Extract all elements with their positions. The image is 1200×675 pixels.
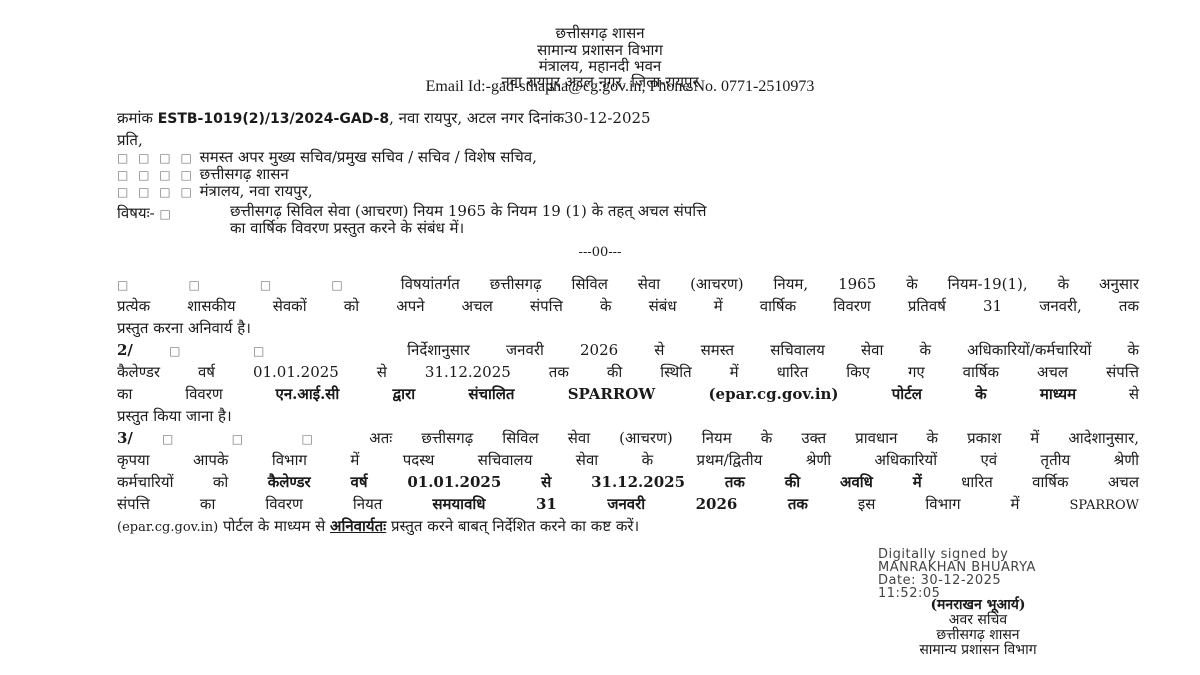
signatory-designation: अवर सचिव bbox=[848, 613, 1108, 628]
addressee-line: छत्तीसगढ़ शासन bbox=[200, 165, 289, 183]
placeholder-boxes: □ □ bbox=[169, 344, 299, 358]
para3-text: संपत्ति का विवरण नियत bbox=[117, 495, 382, 513]
para3-portal-url: (epar.cg.gov.in) bbox=[117, 520, 218, 535]
para1-text: विषयांतर्गत छत्तीसगढ़ सिविल सेवा (आचरण) … bbox=[401, 275, 1139, 293]
signatory-department: सामान्य प्रशासन विभाग bbox=[848, 643, 1108, 658]
para3-number: 3/ bbox=[117, 429, 133, 447]
signatory-name: (मनराखन भूआर्य) bbox=[848, 598, 1108, 613]
para1-line-3: प्रस्तुत करना अनिवार्य है। bbox=[117, 317, 1139, 339]
para3-deadline-emphasis: समयावधि 31 जनवरी 2026 तक bbox=[432, 495, 808, 513]
reference-line: क्रमांक ESTB-1019(2)/13/2024-GAD-8, नवा … bbox=[117, 108, 651, 128]
para3-line-5: (epar.cg.gov.in) पोर्टल के माध्यम से अनि… bbox=[117, 515, 1139, 539]
para2-text: निर्देशानुसार जनवरी 2026 से समस्त सचिवाल… bbox=[407, 341, 1139, 359]
para3-period-emphasis: कैलेण्डर वर्ष 01.01.2025 से 31.12.2025 त… bbox=[268, 473, 922, 491]
placeholder-boxes: □ □ □ □ bbox=[117, 185, 195, 199]
para3-line-2: कृपया आपके विभाग में पदस्थ सचिवालय सेवा … bbox=[117, 449, 1139, 471]
letterhead-building: मंत्रालय, महानदी भवन bbox=[0, 58, 1200, 74]
subject-label: विषयः- bbox=[117, 204, 155, 222]
letterhead-govt: छत्तीसगढ़ शासन bbox=[0, 25, 1200, 41]
para1-line-1: □ □ □ □ विषयांतर्गत छत्तीसगढ़ सिविल सेवा… bbox=[117, 273, 1139, 296]
placeholder-boxes: □ □ □ □ bbox=[117, 278, 371, 292]
signatory-govt: छत्तीसगढ़ शासन bbox=[848, 628, 1108, 643]
para3-line-4: संपत्ति का विवरण नियत समयावधि 31 जनवरी 2… bbox=[117, 493, 1139, 517]
para2-line-1: 2/ □ □ निर्देशानुसार जनवरी 2026 से समस्त… bbox=[117, 339, 1139, 362]
para3-text: धारित वार्षिक अचल bbox=[961, 473, 1139, 491]
placeholder-boxes: □ □ □ □ bbox=[117, 151, 195, 165]
reference-label: क्रमांक bbox=[117, 109, 153, 127]
subject-text: छत्तीसगढ़ सिविल सेवा (आचरण) नियम 1965 के… bbox=[230, 203, 707, 237]
para2-number: 2/ bbox=[117, 341, 133, 359]
para3-text: इस विभाग में bbox=[858, 495, 1020, 513]
separator: ---00--- bbox=[0, 245, 1200, 260]
addressee-prati: प्रति, bbox=[117, 130, 143, 150]
reference-place-date: , नवा रायपुर, अटल नगर दिनांक30-12-2025 bbox=[389, 109, 650, 127]
letterhead-contact: Email Id:-gad-sthapna@cg.gov.in, Phone N… bbox=[20, 79, 1200, 95]
para3-line-3: कर्मचारियों को कैलेण्डर वर्ष 01.01.2025 … bbox=[117, 471, 1139, 493]
addressee-line: मंत्रालय, नवा रायपुर, bbox=[200, 182, 313, 200]
signatory-block: (मनराखन भूआर्य) अवर सचिव छत्तीसगढ़ शासन … bbox=[848, 598, 1108, 658]
subject-line-1: छत्तीसगढ़ सिविल सेवा (आचरण) नियम 1965 के… bbox=[230, 203, 707, 220]
para2-line-2: कैलेण्डर वर्ष 01.01.2025 से 31.12.2025 त… bbox=[117, 361, 1139, 383]
para2-line-4: प्रस्तुत किया जाना है। bbox=[117, 405, 1139, 427]
para3-text: प्रस्तुत करने बाबत् निर्देशित करने का कष… bbox=[391, 517, 639, 535]
placeholder-boxes: □ □ □ □ bbox=[117, 168, 195, 182]
para3-mandatory-emphasis: अनिवार्यतः bbox=[330, 517, 386, 535]
addressee-block: □ □ □ □ समस्त अपर मुख्य सचिव/प्रमुख सचिव… bbox=[117, 149, 537, 200]
para3-line-1: 3/ □ □ □ अतः छत्तीसगढ़ सिविल सेवा (आचरण)… bbox=[117, 427, 1139, 450]
placeholder-boxes: □ □ □ bbox=[162, 432, 340, 446]
para3-text: कर्मचारियों को bbox=[117, 473, 228, 491]
para2-line-3: का विवरण एन.आई.सी द्वारा संचालित SPARROW… bbox=[117, 383, 1139, 405]
digital-signature-stamp: Digitally signed by MANRAKHAN BHUARYA Da… bbox=[878, 548, 1036, 600]
para2-text: से bbox=[1129, 385, 1139, 403]
placeholder-box: □ bbox=[159, 207, 173, 221]
subject-label-wrap: विषयः- □ bbox=[117, 203, 174, 223]
para3-text: पोर्टल के माध्यम से bbox=[223, 517, 325, 535]
para3-text: अतः छत्तीसगढ़ सिविल सेवा (आचरण) नियम के … bbox=[369, 429, 1139, 447]
para2-text: का विवरण bbox=[117, 385, 223, 403]
subject-line-2: का वार्षिक विवरण प्रस्तुत करने के संबंध … bbox=[230, 220, 707, 237]
addressee-line: समस्त अपर मुख्य सचिव/प्रमुख सचिव / सचिव … bbox=[200, 148, 537, 166]
para2-portal-emphasis: एन.आई.सी द्वारा संचालित SPARROW (epar.cg… bbox=[276, 385, 1077, 403]
letterhead-department: सामान्य प्रशासन विभाग bbox=[0, 42, 1200, 58]
para1-line-2: प्रत्येक शासकीय सेवकों को अपने अचल संपत्… bbox=[117, 295, 1139, 317]
reference-number: ESTB-1019(2)/13/2024-GAD-8 bbox=[158, 111, 389, 127]
para3-portal-name: SPARROW bbox=[1070, 498, 1139, 513]
